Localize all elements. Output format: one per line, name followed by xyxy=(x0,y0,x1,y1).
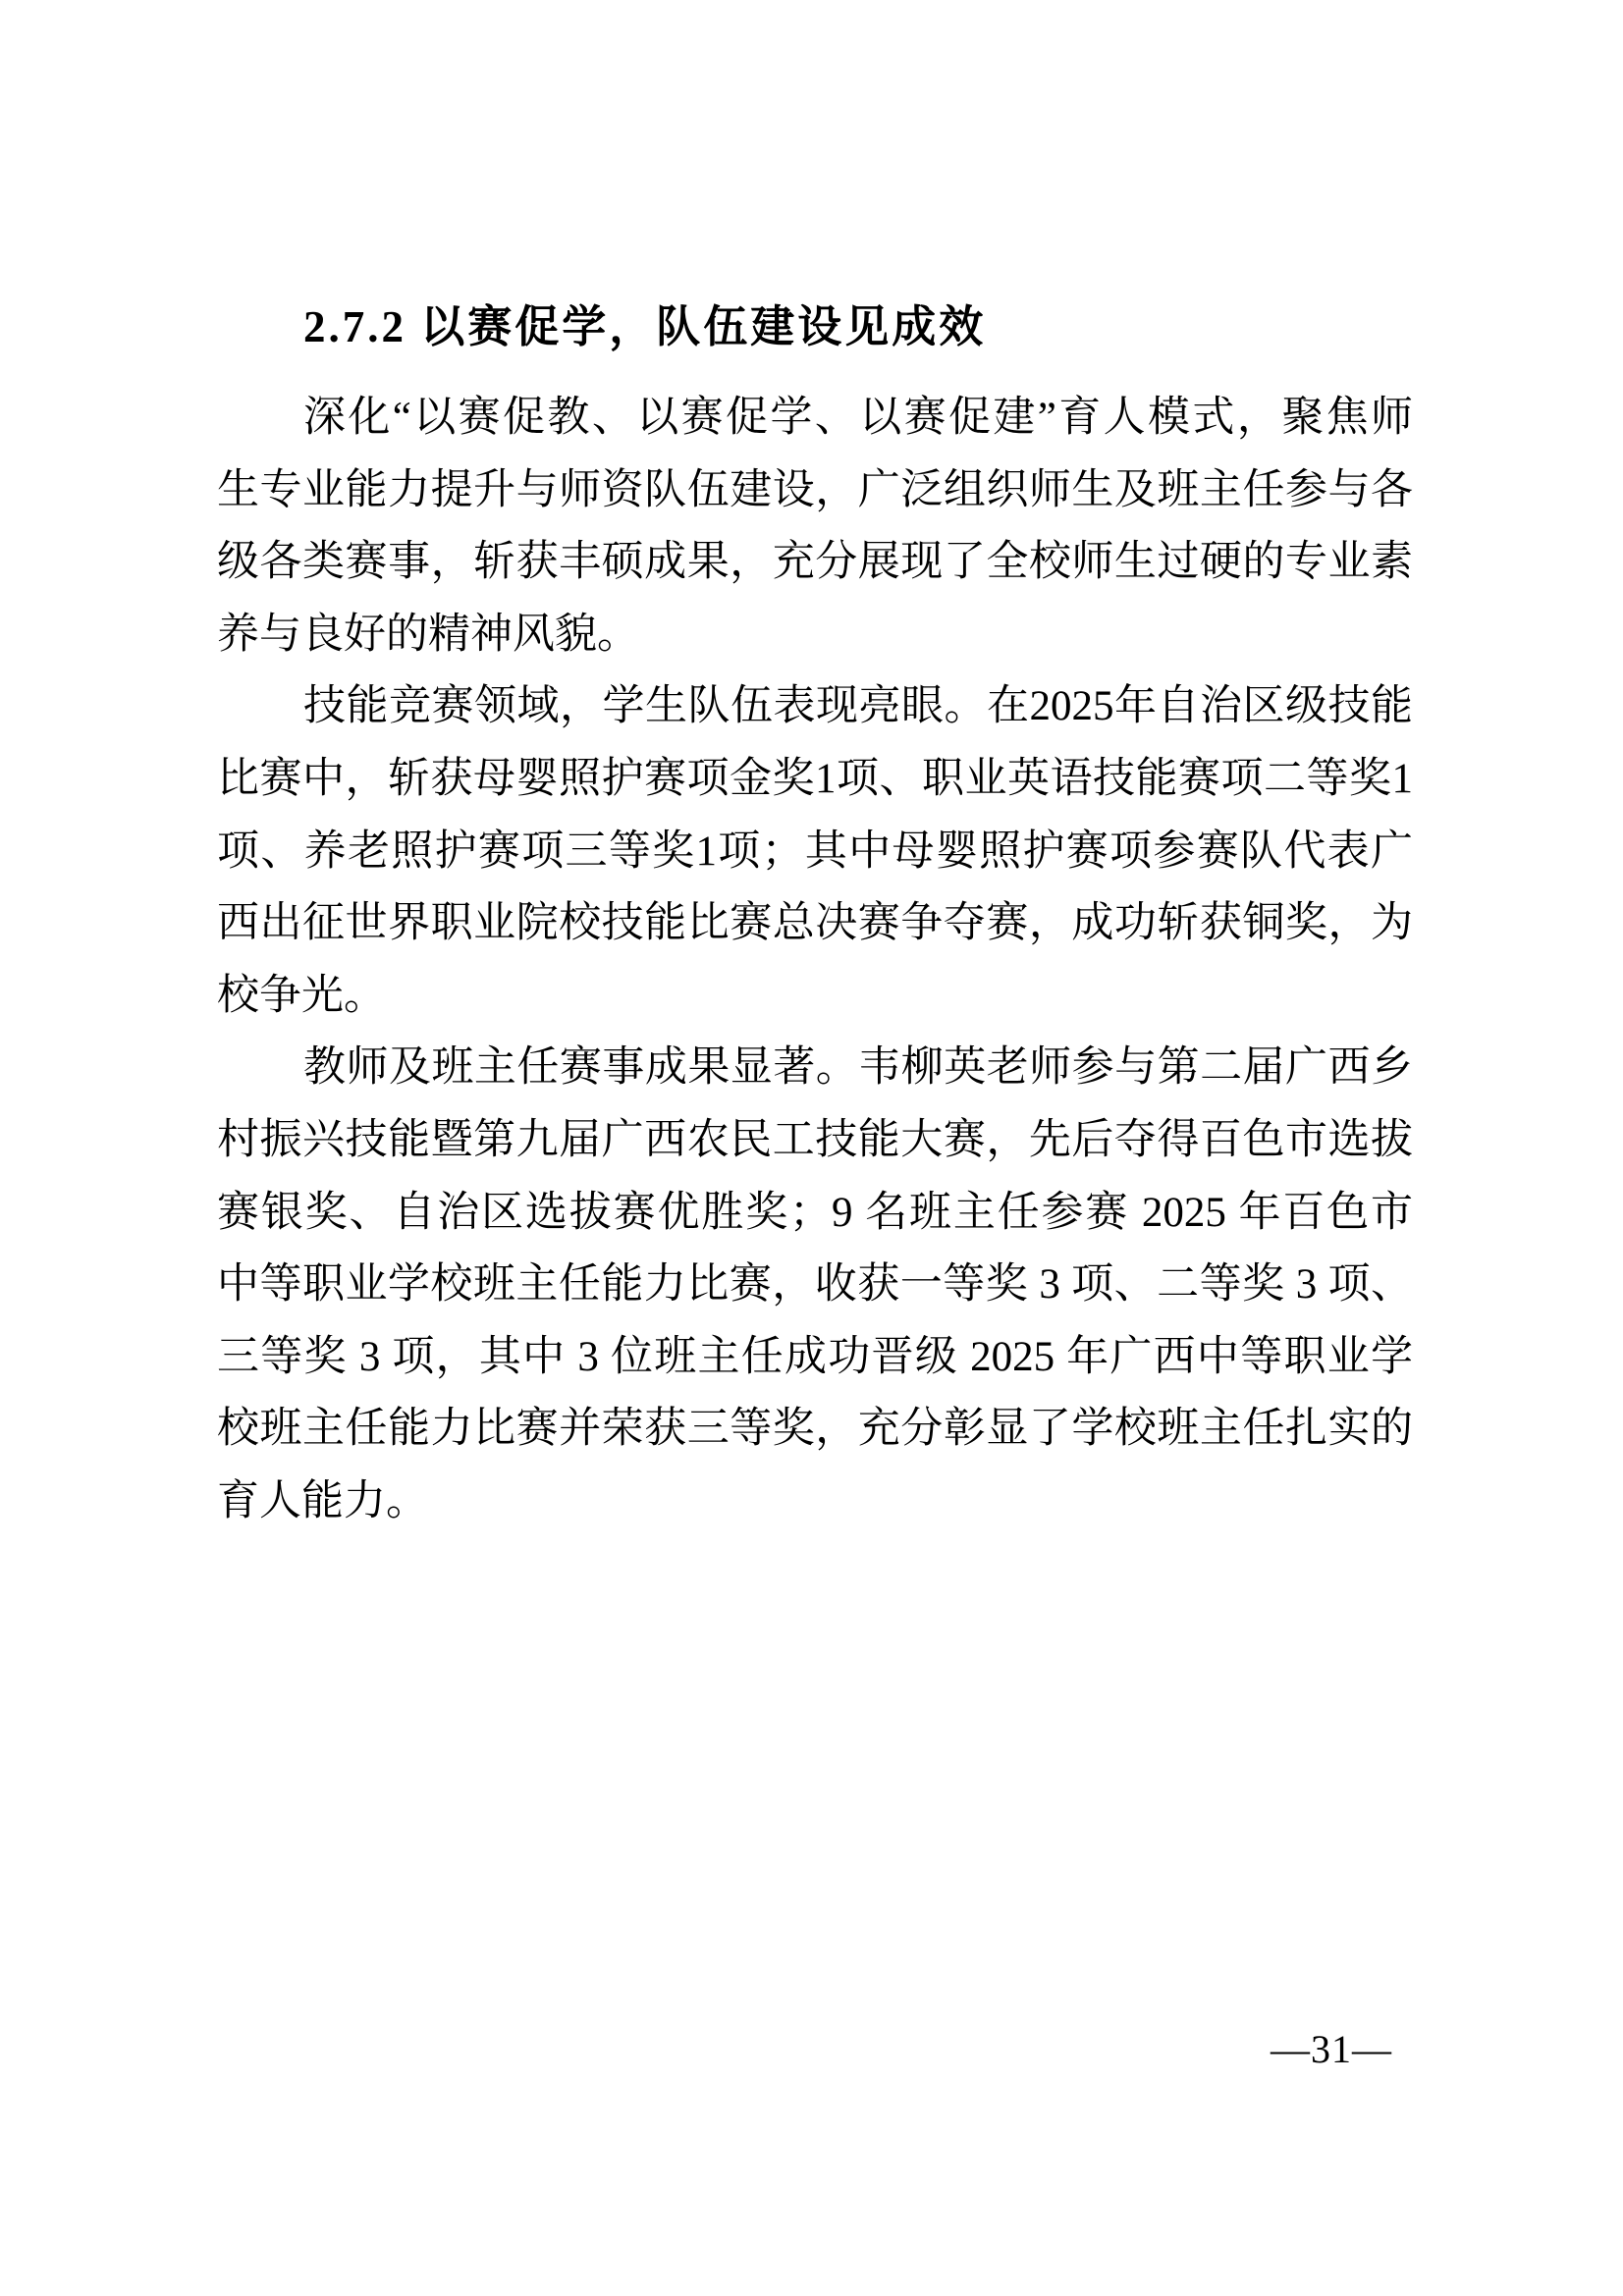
paragraph-line: 级各类赛事，斩获丰硕成果，充分展现了全校师生过硬的专业素 xyxy=(217,526,1413,599)
paragraph-3: 教师及班主任赛事成果显著。韦柳英老师参与第二届广西乡 村振兴技能暨第九届广西农民… xyxy=(217,1032,1413,1537)
paragraph-line: 深化“以赛促教、以赛促学、以赛促建”育人模式，聚焦师 xyxy=(217,382,1413,454)
paragraph-line: 中等职业学校班主任能力比赛，收获一等奖 3 项、二等奖 3 项、 xyxy=(217,1249,1413,1321)
paragraph-line: 校争光。 xyxy=(217,960,1413,1033)
page-number: —31— xyxy=(1271,2028,1392,2071)
paragraph-line: 村振兴技能暨第九届广西农民工技能大赛，先后夺得百色市选拔 xyxy=(217,1104,1413,1177)
paragraph-line: 三等奖 3 项，其中 3 位班主任成功晋级 2025 年广西中等职业学 xyxy=(217,1321,1413,1394)
section-heading: 2.7.2 以赛促学，队伍建设见成效 xyxy=(217,297,1413,356)
paragraph-line: 技能竞赛领域，学生队伍表现亮眼。在2025年自治区级技能 xyxy=(217,670,1413,743)
document-page: 2.7.2 以赛促学，队伍建设见成效 深化“以赛促教、以赛促学、以赛促建”育人模… xyxy=(0,0,1623,2296)
paragraph-line: 教师及班主任赛事成果显著。韦柳英老师参与第二届广西乡 xyxy=(217,1032,1413,1104)
paragraph-line: 养与良好的精神风貌。 xyxy=(217,599,1413,671)
page-content: 2.7.2 以赛促学，队伍建设见成效 深化“以赛促教、以赛促学、以赛促建”育人模… xyxy=(217,297,1413,1538)
paragraph-line: 项、养老照护赛项三等奖1项；其中母婴照护赛项参赛队代表广 xyxy=(217,816,1413,888)
paragraph-line: 生专业能力提升与师资队伍建设，广泛组织师生及班主任参与各 xyxy=(217,454,1413,527)
paragraph-line: 育人能力。 xyxy=(217,1466,1413,1538)
paragraph-line: 赛银奖、自治区选拔赛优胜奖；9 名班主任参赛 2025 年百色市 xyxy=(217,1177,1413,1250)
paragraph-line: 校班主任能力比赛并荣获三等奖，充分彰显了学校班主任扎实的 xyxy=(217,1393,1413,1466)
paragraph-line: 西出征世界职业院校技能比赛总决赛争夺赛，成功斩获铜奖，为 xyxy=(217,887,1413,960)
paragraph-line: 比赛中，斩获母婴照护赛项金奖1项、职业英语技能赛项二等奖1 xyxy=(217,743,1413,816)
paragraph-1: 深化“以赛促教、以赛促学、以赛促建”育人模式，聚焦师 生专业能力提升与师资队伍建… xyxy=(217,382,1413,670)
paragraph-2: 技能竞赛领域，学生队伍表现亮眼。在2025年自治区级技能 比赛中，斩获母婴照护赛… xyxy=(217,670,1413,1032)
